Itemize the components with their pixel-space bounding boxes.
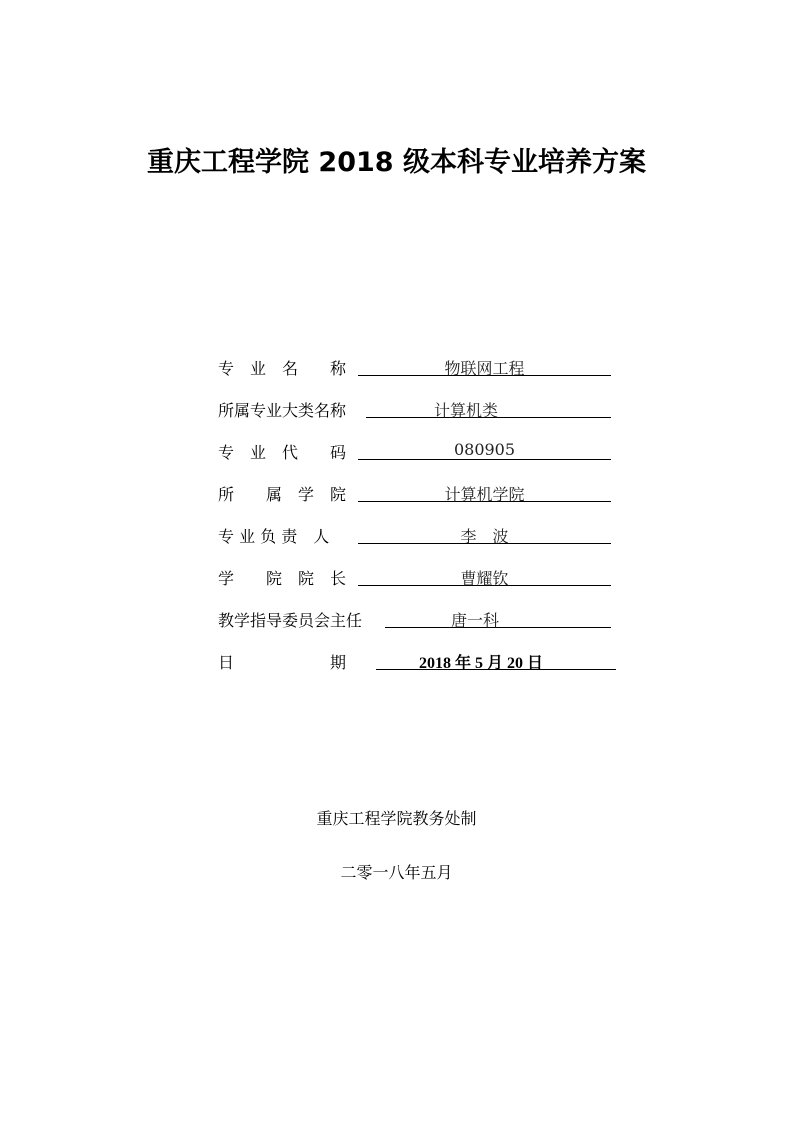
underline [358, 459, 611, 460]
field-label: 专 业 负 责 人 [218, 524, 329, 547]
field-major-code: 专 业 代 码 080905 [218, 440, 611, 462]
field-major-head: 专 业 负 责 人 李 波 [218, 524, 611, 546]
field-major-category: 所属专业大类名称 计算机类 [218, 398, 611, 420]
field-label: 教学指导委员会主任 [218, 608, 362, 631]
document-title: 重庆工程学院 2018 级本科专业培养方案 [0, 140, 793, 179]
field-value: 计算机类 [366, 398, 566, 421]
field-value: 李 波 [358, 524, 611, 547]
field-value: 唐一科 [385, 608, 565, 631]
field-label: 所属专业大类名称 [218, 398, 346, 421]
issuer: 重庆工程学院教务处制 [0, 806, 793, 829]
field-value: 080905 [358, 440, 611, 459]
field-committee-chair: 教学指导委员会主任 唐一科 [218, 608, 611, 630]
field-major-name: 专 业 名 称 物联网工程 [218, 356, 611, 378]
field-value: 曹耀钦 [358, 566, 611, 589]
field-value: 计算机学院 [358, 482, 611, 505]
field-value: 物联网工程 [358, 356, 611, 379]
issue-date: 二零一八年五月 [0, 860, 793, 883]
field-value: 2018 年 5 月 20 日 [376, 650, 586, 673]
field-label: 专 业 代 码 [218, 440, 346, 463]
field-label: 日 期 [218, 650, 346, 673]
field-label: 所 属 学 院 [218, 482, 346, 505]
field-label: 专 业 名 称 [218, 356, 346, 379]
field-college: 所 属 学 院 计算机学院 [218, 482, 611, 504]
field-date: 日 期 2018 年 5 月 20 日 [218, 650, 616, 672]
field-label: 学 院 院 长 [218, 566, 346, 589]
field-dean: 学 院 院 长 曹耀钦 [218, 566, 611, 588]
